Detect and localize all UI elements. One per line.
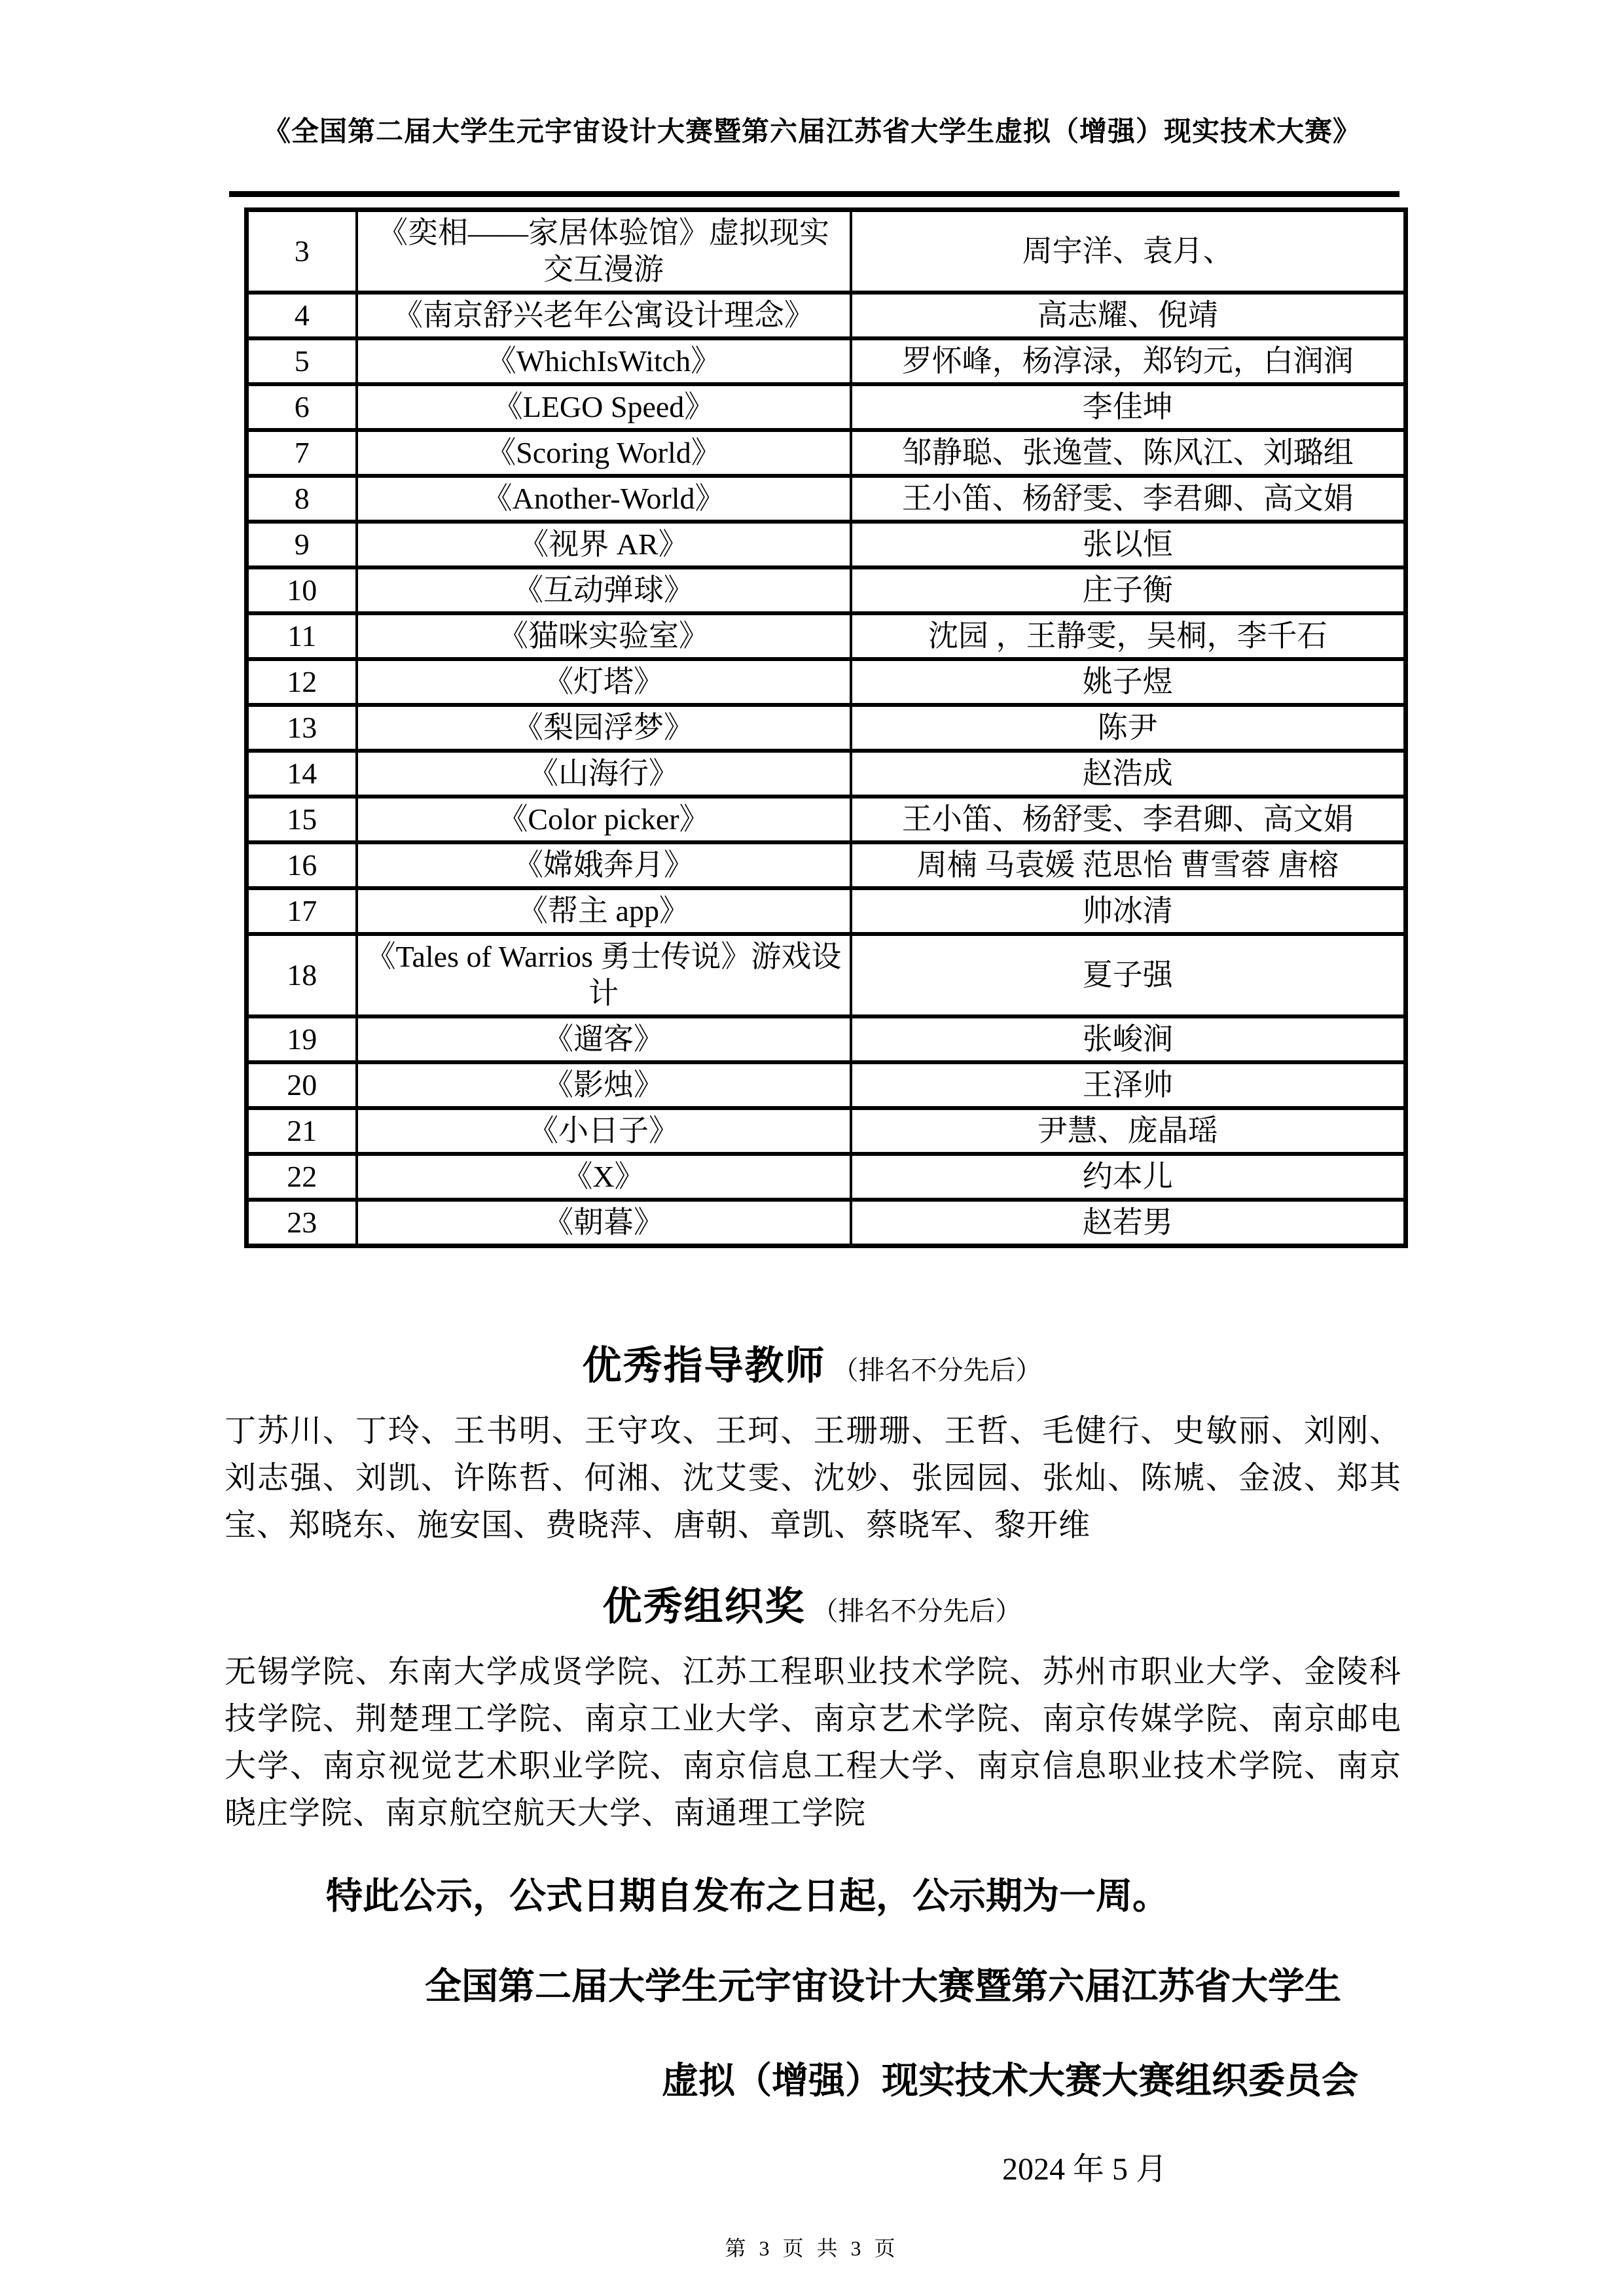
cell-number: 16: [247, 842, 357, 888]
cell-work-title: 《猫咪实验室》: [357, 613, 851, 659]
table-row: 12《灯塔》姚子煜: [247, 659, 1406, 705]
cell-authors: 陈尹: [851, 705, 1406, 751]
table-row: 5《WhichIsWitch》罗怀峰，杨淳渌，郑钧元，白润润: [247, 338, 1406, 384]
cell-number: 11: [247, 613, 357, 659]
table-row: 19《遛客》张峻涧: [247, 1016, 1406, 1062]
table-row: 21《小日子》尹慧、庞晶瑶: [247, 1108, 1406, 1154]
cell-authors: 邹静聪、张逸萱、陈风江、刘璐组: [851, 430, 1406, 476]
signature-date: 2024 年 5 月: [1002, 2144, 1624, 2189]
page-header-title: 《全国第二届大学生元宇宙设计大赛暨第六届江苏省大学生虚拟（增强）现实技术大赛》: [0, 0, 1624, 149]
cell-number: 12: [247, 659, 357, 705]
cell-authors: 赵浩成: [851, 751, 1406, 797]
cell-work-title: 《灯塔》: [357, 659, 851, 705]
cell-authors: 王小笛、杨舒雯、李君卿、高文娟: [851, 797, 1406, 842]
table-row: 20《影烛》王泽帅: [247, 1062, 1406, 1108]
cell-work-title: 《WhichIsWitch》: [357, 338, 851, 384]
cell-number: 13: [247, 705, 357, 751]
cell-number: 3: [247, 210, 357, 293]
section-heading-teachers: 优秀指导教师（排名不分先后）: [0, 1335, 1624, 1391]
teachers-heading-text: 优秀指导教师: [583, 1344, 826, 1388]
cell-authors: 王泽帅: [851, 1062, 1406, 1108]
table-row: 10《互动弹球》庄子衡: [247, 567, 1406, 613]
page-number: 第 3 页 共 3 页: [0, 2232, 1624, 2262]
cell-number: 18: [247, 934, 357, 1016]
cell-authors: 约本儿: [851, 1154, 1406, 1200]
cell-number: 7: [247, 430, 357, 476]
cell-work-title: 《Color picker》: [357, 797, 851, 842]
teachers-heading-note: （排名不分先后）: [833, 1355, 1042, 1385]
cell-number: 15: [247, 797, 357, 842]
cell-authors: 李佳坤: [851, 384, 1406, 430]
signature-line-2: 虚拟（增强）现实技术大赛大赛组织委员会: [662, 2052, 1624, 2104]
cell-authors: 赵若男: [851, 1200, 1406, 1246]
cell-number: 8: [247, 476, 357, 522]
table-row: 7《Scoring World》邹静聪、张逸萱、陈风江、刘璐组: [247, 430, 1406, 476]
signature-line-1: 全国第二届大学生元宇宙设计大赛暨第六届江苏省大学生: [425, 1958, 1624, 2010]
cell-number: 22: [247, 1154, 357, 1200]
cell-work-title: 《LEGO Speed》: [357, 384, 851, 430]
table-row: 17《帮主 app》帅冰清: [247, 888, 1406, 934]
cell-work-title: 《南京舒兴老年公寓设计理念》: [357, 293, 851, 338]
cell-number: 4: [247, 293, 357, 338]
cell-work-title: 《小日子》: [357, 1108, 851, 1154]
document-page: 《全国第二届大学生元宇宙设计大赛暨第六届江苏省大学生虚拟（增强）现实技术大赛》 …: [0, 0, 1624, 2296]
cell-work-title: 《奕相——家居体验馆》虚拟现实交互漫游: [357, 210, 851, 293]
table-row: 6《LEGO Speed》李佳坤: [247, 384, 1406, 430]
cell-authors: 张以恒: [851, 522, 1406, 567]
cell-work-title: 《影烛》: [357, 1062, 851, 1108]
cell-authors: 姚子煜: [851, 659, 1406, 705]
cell-work-title: 《Another-World》: [357, 476, 851, 522]
header-divider: [229, 191, 1399, 197]
awards-table-body: 3《奕相——家居体验馆》虚拟现实交互漫游周宇洋、袁月、4《南京舒兴老年公寓设计理…: [247, 210, 1406, 1246]
cell-number: 6: [247, 384, 357, 430]
cell-authors: 夏子强: [851, 934, 1406, 1016]
cell-authors: 沈园 ，王静雯，吴桐，李千石: [851, 613, 1406, 659]
cell-authors: 庄子衡: [851, 567, 1406, 613]
table-row: 3《奕相——家居体验馆》虚拟现实交互漫游周宇洋、袁月、: [247, 210, 1406, 293]
cell-authors: 帅冰清: [851, 888, 1406, 934]
cell-work-title: 《遛客》: [357, 1016, 851, 1062]
cell-number: 17: [247, 888, 357, 934]
cell-work-title: 《Tales of Warrios 勇士传说》游戏设计: [357, 934, 851, 1016]
cell-work-title: 《朝暮》: [357, 1200, 851, 1246]
cell-work-title: 《互动弹球》: [357, 567, 851, 613]
cell-work-title: 《X》: [357, 1154, 851, 1200]
orgs-heading-note: （排名不分先后）: [812, 1596, 1022, 1626]
orgs-name-list: 无锡学院、东南大学成贤学院、江苏工程职业技术学院、苏州市职业大学、金陵科技学院、…: [225, 1649, 1401, 1837]
cell-number: 21: [247, 1108, 357, 1154]
cell-authors: 罗怀峰，杨淳渌，郑钧元，白润润: [851, 338, 1406, 384]
table-row: 4《南京舒兴老年公寓设计理念》高志耀、倪靖: [247, 293, 1406, 338]
table-row: 14《山海行》赵浩成: [247, 751, 1406, 797]
cell-authors: 王小笛、杨舒雯、李君卿、高文娟: [851, 476, 1406, 522]
table-row: 11《猫咪实验室》沈园 ，王静雯，吴桐，李千石: [247, 613, 1406, 659]
cell-number: 9: [247, 522, 357, 567]
cell-work-title: 《帮主 app》: [357, 888, 851, 934]
cell-number: 23: [247, 1200, 357, 1246]
cell-authors: 高志耀、倪靖: [851, 293, 1406, 338]
cell-number: 19: [247, 1016, 357, 1062]
cell-number: 14: [247, 751, 357, 797]
cell-number: 20: [247, 1062, 357, 1108]
cell-number: 5: [247, 338, 357, 384]
cell-authors: 周楠 马袁媛 范思怡 曹雪蓉 唐榕: [851, 842, 1406, 888]
table-row: 15《Color picker》王小笛、杨舒雯、李君卿、高文娟: [247, 797, 1406, 842]
table-row: 16《嫦娥奔月》周楠 马袁媛 范思怡 曹雪蓉 唐榕: [247, 842, 1406, 888]
cell-work-title: 《梨园浮梦》: [357, 705, 851, 751]
awards-table: 3《奕相——家居体验馆》虚拟现实交互漫游周宇洋、袁月、4《南京舒兴老年公寓设计理…: [244, 207, 1408, 1248]
cell-work-title: 《视界 AR》: [357, 522, 851, 567]
cell-authors: 张峻涧: [851, 1016, 1406, 1062]
table-row: 8《Another-World》王小笛、杨舒雯、李君卿、高文娟: [247, 476, 1406, 522]
section-heading-orgs: 优秀组织奖（排名不分先后）: [0, 1575, 1624, 1632]
teachers-name-list: 丁苏川、丁玲、王书明、王守攻、王珂、王珊珊、王哲、毛健行、史敏丽、刘刚、刘志强、…: [225, 1408, 1401, 1549]
table-row: 9《视界 AR》张以恒: [247, 522, 1406, 567]
cell-authors: 周宇洋、袁月、: [851, 210, 1406, 293]
table-row: 23《朝暮》赵若男: [247, 1200, 1406, 1246]
table-row: 18《Tales of Warrios 勇士传说》游戏设计夏子强: [247, 934, 1406, 1016]
table-row: 22《X》约本儿: [247, 1154, 1406, 1200]
table-row: 13《梨园浮梦》陈尹: [247, 705, 1406, 751]
public-notice-line: 特此公示，公式日期自发布之日起，公示期为一周。: [326, 1867, 1624, 1920]
cell-number: 10: [247, 567, 357, 613]
orgs-heading-text: 优秀组织奖: [603, 1585, 806, 1628]
cell-work-title: 《Scoring World》: [357, 430, 851, 476]
cell-work-title: 《嫦娥奔月》: [357, 842, 851, 888]
cell-work-title: 《山海行》: [357, 751, 851, 797]
cell-authors: 尹慧、庞晶瑶: [851, 1108, 1406, 1154]
